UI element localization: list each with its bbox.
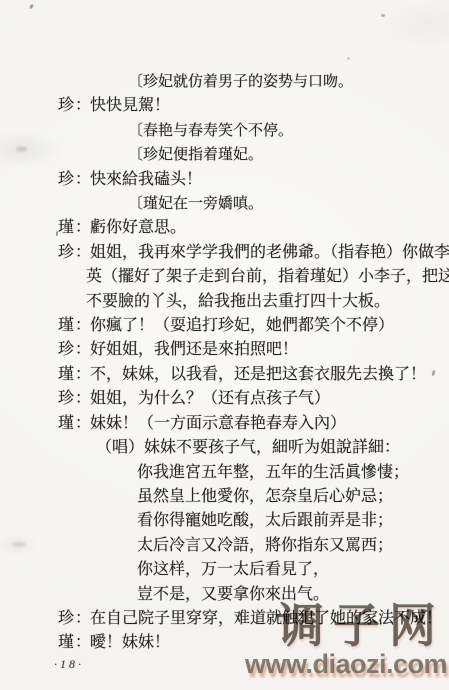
- line-text: 看你得寵她吃酸，太后跟前弄是非；: [137, 512, 393, 529]
- speaker-colon: ：: [75, 314, 90, 338]
- script-line: 〔珍妃就仿着男子的姿势与口吻。: [0, 70, 449, 94]
- speaker-label: 瑾: [58, 412, 75, 436]
- script-line: 瑾：妹妹！（一方面示意春艳春寿入內）: [0, 412, 449, 436]
- script-line: 瑾：曖！妹妹！: [0, 631, 449, 655]
- speaker-colon: ：: [75, 607, 90, 631]
- speaker-label: 瑾: [58, 631, 75, 655]
- scan-speck: [347, 57, 350, 60]
- line-text: 曖！妹妹！: [90, 634, 170, 651]
- script-line: 珍：姐姐，为什么？（还有点孩子气）: [0, 387, 449, 411]
- speaker-label: 珍: [58, 607, 75, 631]
- line-text: 〔珍妃便指着瑾妃。: [128, 147, 263, 163]
- script-line: 英（擺好了架子走到台前，指着瑾妃）小李子，把这个: [0, 265, 449, 289]
- scanned-script-page: 〔珍妃就仿着男子的姿势与口吻。珍：快快見駕！〔春艳与春寿笑个不停。〔珍妃便指着瑾…: [0, 0, 449, 690]
- speaker-label: 珍: [58, 241, 75, 265]
- speaker-label: 瑾: [58, 363, 75, 387]
- script-line: 不要臉的丫头，給我拖出去重打四十大板。: [0, 290, 449, 314]
- speaker-colon: ：: [75, 241, 90, 265]
- line-text: 姐姐，为什么？（还有点孩子气）: [90, 390, 330, 407]
- script-line: 瑾：你瘋了！（耍追打珍妃，她們都笑个不停）: [0, 314, 449, 338]
- script-line: 珍：姐姐，我再來学学我們的老佛爺。（指春艳）你做李蓮: [0, 241, 449, 265]
- script-line: 瑾：虧你好意思。: [0, 216, 449, 240]
- script-line: 你我進宮五年整，五年的生活眞慘悽；: [0, 461, 449, 485]
- scan-speck: [381, 14, 385, 17]
- speaker-colon: ：: [75, 338, 90, 362]
- line-text: 你我進宮五年整，五年的生活眞慘悽；: [137, 464, 409, 481]
- line-text: 虽然皇上他愛你，怎奈皇后心妒忌；: [137, 488, 393, 505]
- speaker-label: 珍: [58, 168, 75, 192]
- script-line: 〔珍妃便指着瑾妃。: [0, 143, 449, 167]
- script-line: 豈不是，又要拿你來出气。: [0, 583, 449, 607]
- line-text: 不，妹妹，以我看，还是把这套衣服先去換了！: [90, 366, 426, 383]
- script-line: 〔春艳与春寿笑个不停。: [0, 119, 449, 143]
- line-text: 在自己院子里穿穿，难道就触犯了她的家法不成！: [90, 610, 442, 627]
- script-line: 太后冷言又冷語，將你指东又罵西；: [0, 534, 449, 558]
- script-line: 珍：快來給我磕头！: [0, 168, 449, 192]
- line-text: 姐姐，我再來学学我們的老佛爺。（指春艳）你做李蓮: [90, 244, 449, 261]
- speaker-colon: ：: [75, 168, 90, 192]
- scan-speck: [56, 231, 58, 236]
- speaker-colon: ：: [75, 216, 90, 240]
- scan-speck: [29, 4, 34, 10]
- speaker-label: 珍: [58, 338, 75, 362]
- speaker-label: 瑾: [58, 216, 75, 240]
- speaker-colon: ：: [75, 363, 90, 387]
- script-line: 珍：快快見駕！: [0, 94, 449, 118]
- scan-speck: [12, 542, 26, 547]
- line-text: 豈不是，又要拿你來出气。: [137, 586, 329, 603]
- speaker-colon: ：: [75, 387, 90, 411]
- line-text: 你这样，万一太后看見了，: [137, 561, 329, 578]
- line-text: 快快見駕！: [90, 97, 170, 114]
- line-text: 英（擺好了架子走到台前，指着瑾妃）小李子，把这个: [86, 268, 449, 285]
- speaker-colon: ：: [75, 631, 90, 655]
- line-text: 虧你好意思。: [90, 219, 186, 236]
- script-line: 虽然皇上他愛你，怎奈皇后心妒忌；: [0, 485, 449, 509]
- line-text: 妹妹！（一方面示意春艳春寿入內）: [90, 415, 346, 432]
- script-line: 看你得寵她吃酸，太后跟前弄是非；: [0, 509, 449, 533]
- line-text: （唱）妹妹不要孩子气，細听为姐說詳細：: [96, 439, 400, 456]
- speaker-label: 瑾: [58, 314, 75, 338]
- speaker-label: 珍: [58, 94, 75, 118]
- line-text: 〔春艳与春寿笑个不停。: [128, 123, 293, 139]
- page-number: ·18·: [54, 657, 84, 672]
- script-lines: 〔珍妃就仿着男子的姿势与口吻。珍：快快見駕！〔春艳与春寿笑个不停。〔珍妃便指着瑾…: [0, 70, 449, 656]
- speaker-colon: ：: [75, 412, 90, 436]
- line-text: 〔珍妃就仿着男子的姿势与口吻。: [128, 74, 353, 90]
- script-line: 珍：在自己院子里穿穿，难道就触犯了她的家法不成！: [0, 607, 449, 631]
- script-line: 珍：好姐姐，我們还是來拍照吧！: [0, 338, 449, 362]
- line-text: 快來給我磕头！: [90, 171, 202, 188]
- script-line: 你这样，万一太后看見了，: [0, 558, 449, 582]
- speaker-colon: ：: [75, 94, 90, 118]
- script-line: （唱）妹妹不要孩子气，細听为姐說詳細：: [0, 436, 449, 460]
- script-line: 瑾：不，妹妹，以我看，还是把这套衣服先去換了！: [0, 363, 449, 387]
- speaker-label: 珍: [58, 387, 75, 411]
- line-text: 好姐姐，我們还是來拍照吧！: [90, 341, 298, 358]
- scan-speck: [16, 146, 27, 152]
- line-text: 你瘋了！（耍追打珍妃，她們都笑个不停）: [90, 317, 394, 334]
- line-text: 太后冷言又冷語，將你指东又罵西；: [137, 537, 393, 554]
- line-text: 〔瑾妃在一旁嬌嗔。: [128, 196, 263, 212]
- line-text: 不要臉的丫头，給我拖出去重打四十大板。: [86, 293, 390, 310]
- script-line: 〔瑾妃在一旁嬌嗔。: [0, 192, 449, 216]
